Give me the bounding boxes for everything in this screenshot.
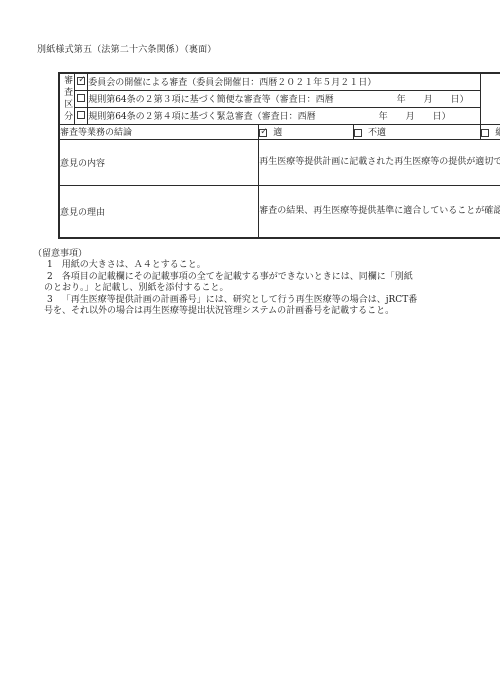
- conclusion-row: 審査等業務の結論 ✓適 不適 継続審査: [59, 124, 500, 139]
- notes-heading: （留意事項）: [33, 249, 417, 260]
- review-type-row-simplified: 規則第64条の２第３項に基づく簡便な審査等（審査日：西暦 年 月 日）: [59, 90, 500, 107]
- checkbox-cell-urgent: [75, 107, 88, 124]
- conclusion-option-label: 継続審査: [495, 128, 500, 138]
- checkbox-continued-review[interactable]: [481, 129, 489, 137]
- conclusion-option-unsuitable: 不適: [353, 124, 480, 139]
- note-number: 2: [47, 272, 53, 283]
- conclusion-option-continued: 継続審査: [481, 124, 500, 139]
- review-form-table: 審査区分 ✓ 委員会の開催による審査（委員会開催日：西暦２０２１年５月２１日） …: [58, 72, 500, 239]
- opinion-content-row: 意見の内容 再生医療等提供計画に記載された再生医療等の提供が適切であると認める。: [59, 139, 500, 185]
- note-text: のとおり。」と記載し、別紙を添付すること。: [44, 283, 229, 293]
- checkbox-cell-simplified: [75, 90, 88, 107]
- check-mark: ✓: [260, 127, 268, 137]
- conclusion-header-label: 審査等業務の結論: [59, 124, 259, 139]
- conclusion-option-suitable: ✓適: [259, 124, 354, 139]
- document-page: 別紙様式第五（法第二十六条関係）（裏面） 審査区分 ✓ 委員会の開催による審査（…: [0, 0, 500, 686]
- note-number: 1: [47, 260, 53, 271]
- note-text: 「再生医療等提供計画の計画番号」には、研究として行う再生医療等の場合は、jRCT…: [62, 295, 417, 305]
- review-type-row-committee: 審査区分 ✓ 委員会の開催による審査（委員会開催日：西暦２０２１年５月２１日）: [59, 73, 500, 90]
- note-item-3-continuation: 号を、それ以外の場合は再生医療等提出状況管理システムの計画番号を記載すること。: [33, 306, 417, 317]
- note-item-2-continuation: のとおり。」と記載し、別紙を添付すること。: [33, 283, 417, 294]
- note-text: 号を、それ以外の場合は再生医療等提出状況管理システムの計画番号を記載すること。: [44, 306, 394, 316]
- opinion-reason-value: 審査の結果、再生医療等提供基準に適合していることが確認されたため。: [259, 185, 500, 238]
- note-text: 各項目の記載欄にその記載事項の全てを記載する事ができないときには、同欄に「別紙: [62, 272, 413, 282]
- opinion-reason-row: 意見の理由 審査の結果、再生医療等提供基準に適合していることが確認されたため。: [59, 185, 500, 238]
- check-mark: ✓: [78, 75, 86, 85]
- review-category-header-cell: 審査区分: [59, 73, 75, 124]
- note-item-1: 1用紙の大きさは、Ａ４とすること。: [33, 260, 417, 271]
- checkbox-urgent-review[interactable]: [77, 111, 85, 119]
- note-number: 3: [47, 295, 53, 306]
- note-item-2: 2各項目の記載欄にその記載事項の全てを記載する事ができないときには、同欄に「別紙: [33, 272, 417, 283]
- review-type-label-simplified: 規則第64条の２第３項に基づく簡便な審査等（審査日：西暦 年 月 日）: [88, 90, 481, 107]
- notes-section: （留意事項） 1用紙の大きさは、Ａ４とすること。 2各項目の記載欄にその記載事項…: [33, 249, 417, 317]
- checkbox-cell-committee: ✓: [75, 73, 88, 90]
- opinion-reason-label: 意見の理由: [59, 185, 259, 238]
- conclusion-option-label: 不適: [368, 128, 386, 138]
- checkbox-simplified-review[interactable]: [77, 94, 85, 102]
- review-type-row-urgent: 規則第64条の２第４項に基づく緊急審査（審査日：西暦 年 月 日）: [59, 107, 500, 124]
- conclusion-option-label: 適: [273, 128, 282, 138]
- form-title: 別紙様式第五（法第二十六条関係）（裏面）: [37, 45, 217, 56]
- review-type-label-urgent: 規則第64条の２第４項に基づく緊急審査（審査日：西暦 年 月 日）: [88, 107, 481, 124]
- note-item-3: 3「再生医療等提供計画の計画番号」には、研究として行う再生医療等の場合は、jRC…: [33, 295, 417, 306]
- review-type-label-committee: 委員会の開催による審査（委員会開催日：西暦２０２１年５月２１日）: [88, 73, 481, 90]
- checkbox-unsuitable[interactable]: [354, 129, 362, 137]
- opinion-content-value: 再生医療等提供計画に記載された再生医療等の提供が適切であると認める。: [259, 139, 500, 185]
- opinion-content-label: 意見の内容: [59, 139, 259, 185]
- checkbox-committee-review[interactable]: ✓: [77, 77, 85, 85]
- review-category-vertical-label: 審査区分: [60, 75, 74, 123]
- checkbox-suitable[interactable]: ✓: [259, 129, 267, 137]
- note-text: 用紙の大きさは、Ａ４とすること。: [62, 260, 206, 270]
